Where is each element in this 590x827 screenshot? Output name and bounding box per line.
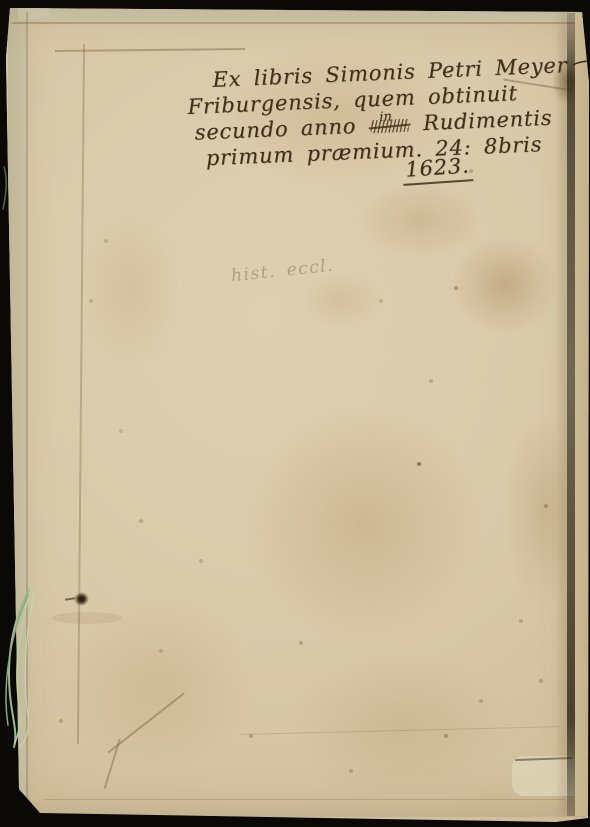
foxing-speckles [0,0,2,2]
ex-libris-inscription: Ex libris Simonis Petri Meyer Friburgens… [186,51,590,194]
year-underlined: 1623. [402,152,474,186]
inserted-word: in [379,104,393,131]
flourish-stroke [571,54,590,68]
fore-edge-ties [0,575,44,757]
fore-edge-tie-wisp [0,165,14,211]
crossed-out-word: in [370,119,409,134]
book-photo: Ex libris Simonis Petri Meyer Friburgens… [0,0,590,827]
book-cover: Ex libris Simonis Petri Meyer Friburgens… [0,0,590,827]
turnin-crease-bottom [45,799,565,800]
page-stain [250,620,550,827]
turnin-crease-top [12,22,582,24]
ink-offset-smudge [52,612,122,624]
